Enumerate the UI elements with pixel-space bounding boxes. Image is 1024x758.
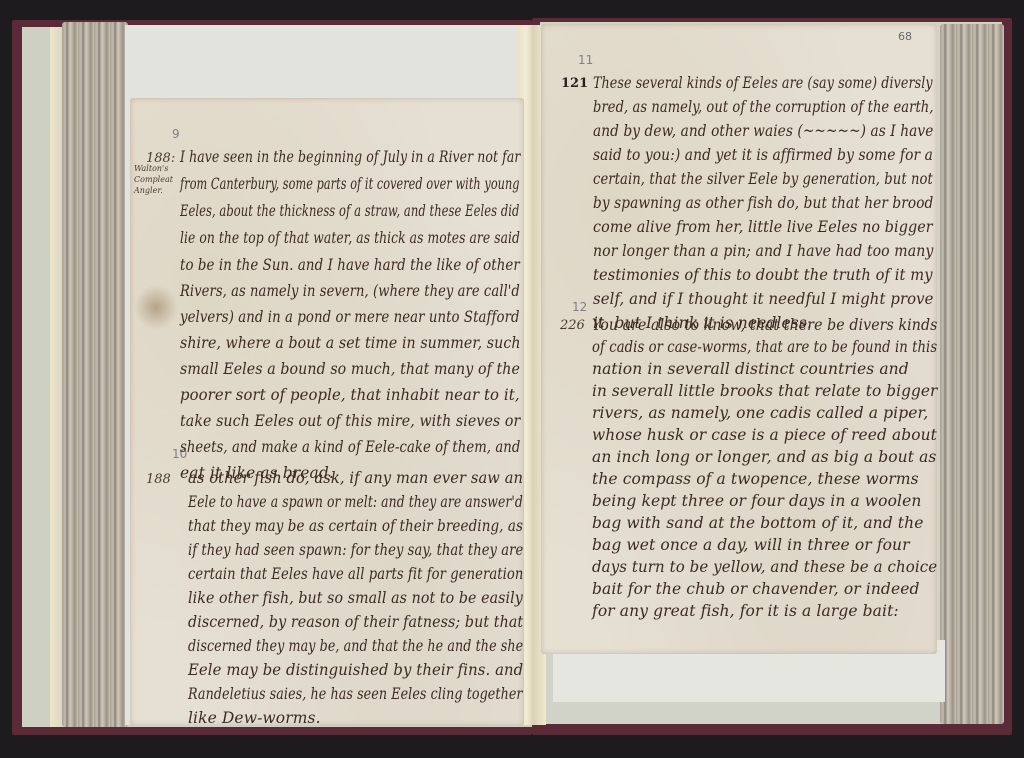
marginal-note: Walton's Compleat Angler. [134, 163, 173, 196]
pencil-number: 12 [572, 300, 587, 314]
pencil-number: 11 [578, 53, 593, 67]
text-line: small Eeles a bound so much, that many o… [180, 360, 520, 378]
text-line: discerned they may be, and that the he a… [188, 637, 523, 655]
text-line: if they had seen spawn: for they say, th… [188, 541, 523, 559]
page-edges-left [62, 22, 128, 727]
text-line: bag with sand at the bottom of it, and t… [592, 514, 923, 532]
text-line: like other fish, but so small as not to … [188, 589, 523, 607]
text-line: sheets, and make a kind of Eele-cake of … [180, 438, 520, 456]
text-line: whose husk or case is a piece of reed ab… [592, 426, 937, 444]
pencil-number: 9 [172, 127, 180, 141]
text-line: Eele to have a spawn or melt: and they a… [188, 493, 523, 511]
text-line: I have seen in the beginning of July in … [180, 148, 520, 166]
text-line: rivers, as namely, one cadis called a pi… [592, 404, 928, 422]
text-line: like Dew-worms. [188, 709, 321, 727]
text-line: certain that Eeles have all parts fit fo… [188, 565, 523, 583]
text-line: Eele may be distinguished by their fins.… [188, 661, 523, 679]
text-line: being kept three or four days in a woole… [592, 492, 921, 510]
text-line: testimonies of this to doubt the truth o… [593, 266, 933, 284]
text-line: of cadis or case-worms, that are to be f… [592, 338, 937, 356]
text-line: in severall little brooks that relate to… [592, 382, 937, 400]
text-line: Eeles, about the thickness of a straw, a… [180, 202, 519, 220]
text-line: self, and if I thought it needful I migh… [593, 290, 934, 308]
text-line: You are also to know, that there be dive… [592, 316, 937, 334]
entry-ref: 121 [561, 76, 588, 91]
text-line: for any great fish, for it is a large ba… [592, 602, 899, 620]
text-line: as other fish do, ask, if any man ever s… [188, 469, 523, 487]
text-line: and by dew, and other waies (~~~~~) as I… [593, 122, 933, 140]
text-line: nation in severall distinct countries an… [592, 360, 909, 378]
text-line: certain, that the silver Eele by generat… [593, 170, 933, 188]
text-line: come alive from her, little live Eeles n… [593, 218, 933, 236]
text-line: shire, where a bout a set time in summer… [180, 334, 521, 352]
text-line: lie on the top of that water, as thick a… [180, 229, 520, 247]
text-line: said to you:) and yet it is affirmed by … [593, 146, 933, 164]
marginal-note-line: Angler. [134, 185, 173, 196]
text-line: take such Eeles out of this mire, with s… [180, 412, 520, 430]
text-line: yelvers) and in a pond or mere near unto… [180, 308, 520, 326]
text-line: to be in the Sun. and I have hard the li… [180, 256, 520, 274]
folio-number: 68 [898, 30, 912, 43]
paper-stain [134, 285, 178, 330]
marginal-note-line: Walton's [134, 163, 173, 174]
text-line: by spawning as other fish do, but that h… [593, 194, 933, 212]
page-edges-right [940, 24, 1004, 724]
text-line: discerned, by reason of their fatness; b… [188, 613, 523, 631]
text-line: poorer sort of people, that inhabit near… [180, 386, 520, 404]
text-line: These several kinds of Eeles are (say so… [593, 74, 933, 92]
text-line: bait for the chub or chavender, or indee… [592, 580, 920, 598]
text-line: bag wet once a day, will in three or fou… [592, 536, 910, 554]
text-line: nor longer than a pin; and I have had to… [593, 242, 933, 260]
text-line: days turn to be yellow, and these be a c… [592, 558, 937, 576]
text-line: bred, as namely, out of the corruption o… [593, 98, 934, 116]
text-line: the compass of a twopence, these worms [592, 470, 919, 488]
text-line: an inch long or longer, and as big a bou… [592, 448, 936, 466]
text-line: Rivers, as namely in severn, (where they… [180, 282, 520, 300]
entry-ref: 226 [560, 318, 585, 333]
marginal-note-line: Compleat [134, 174, 173, 185]
text-line: Randeletius saies, he has seen Eeles cli… [188, 685, 523, 703]
entry-ref: 188 [146, 472, 171, 487]
text-line: that they may be as certain of their bre… [188, 517, 523, 535]
text-line: from Canterbury, some parts of it covere… [180, 175, 520, 193]
